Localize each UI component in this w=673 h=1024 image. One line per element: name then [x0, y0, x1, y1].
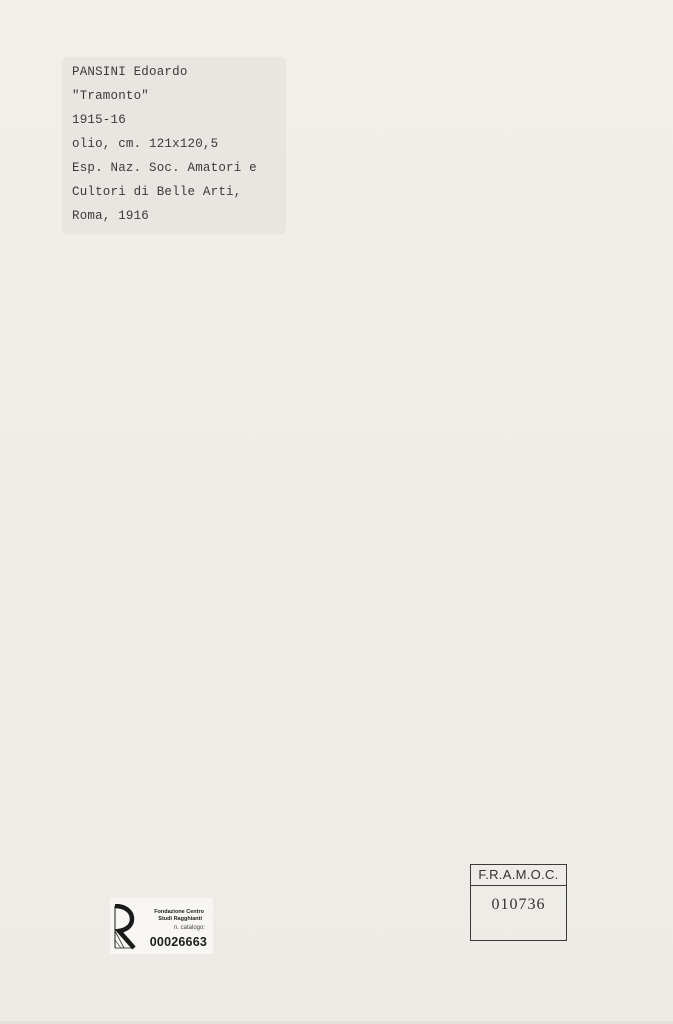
catalog-sticker: Fondazione Centro Studi Ragghianti n. ca… — [110, 898, 213, 954]
sticker-org-line1: Fondazione Centro — [154, 909, 204, 915]
sticker-catalog-number: 00026663 — [150, 935, 207, 949]
sticker-catalog-label: n. catalogo: — [174, 925, 205, 931]
caption-exhibition-place-year: Roma, 1916 — [72, 209, 149, 223]
sticker-org-line2: Studi Ragghianti — [158, 916, 202, 922]
caption-artist: PANSINI Edoardo — [72, 65, 188, 79]
caption-exhibition-line1: Esp. Naz. Soc. Amatori e — [72, 161, 257, 175]
ragghianti-r-logo-icon — [112, 904, 138, 950]
framoc-stamp: F.R.A.M.O.C. 010736 — [470, 864, 567, 941]
caption-medium-dimensions: olio, cm. 121x120,5 — [72, 137, 218, 151]
caption-date: 1915-16 — [72, 113, 126, 127]
caption-exhibition-line2: Cultori di Belle Arti, — [72, 185, 241, 199]
caption-title: "Tramonto" — [72, 89, 149, 103]
typed-caption-label: PANSINI Edoardo "Tramonto" 1915-16 olio,… — [62, 57, 286, 234]
stamp-header: F.R.A.M.O.C. — [471, 865, 566, 886]
photo-back-page: PANSINI Edoardo "Tramonto" 1915-16 olio,… — [0, 0, 673, 1024]
stamp-number: 010736 — [471, 896, 566, 914]
